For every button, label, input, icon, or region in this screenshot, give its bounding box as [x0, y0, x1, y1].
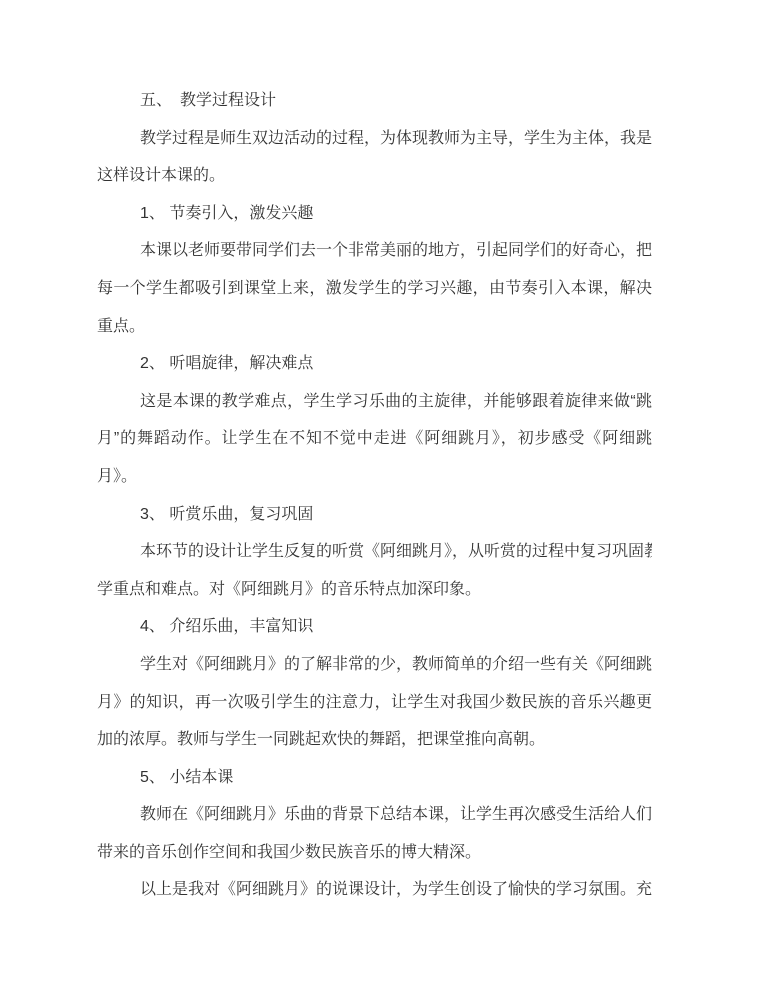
section-heading-line: 五、 教学过程设计	[97, 82, 652, 120]
body-paragraph-line: 学生对《阿细跳月》的了解非常的少，教师简单的介绍一些有关《阿细跳	[97, 646, 652, 684]
list-heading-line: 2、 听唱旋律，解决难点	[97, 345, 652, 383]
body-paragraph-line: 重点。	[97, 308, 652, 346]
body-paragraph-line: 这样设计本课的。	[97, 157, 652, 195]
list-heading-line: 3、 听赏乐曲，复习巩固	[97, 496, 652, 534]
body-paragraph-line: 月》的知识，再一次吸引学生的注意力，让学生对我国少数民族的音乐兴趣更	[97, 684, 652, 722]
body-paragraph-line: 每一个学生都吸引到课堂上来，激发学生的学习兴趣，由节奏引入本课，解决	[97, 270, 652, 308]
body-paragraph-line: 月”的舞蹈动作。让学生在不知不觉中走进《阿细跳月》，初步感受《阿细跳	[97, 420, 652, 458]
body-paragraph-line: 月》。	[97, 458, 652, 496]
document-body: 五、 教学过程设计教学过程是师生双边活动的过程，为体现教师为主导，学生为主体，我…	[97, 82, 652, 909]
body-paragraph-line: 本环节的设计让学生反复的听赏《阿细跳月》，从听赏的过程中复习巩固教	[97, 533, 652, 571]
body-paragraph-line: 加的浓厚。教师与学生一同跳起欢快的舞蹈，把课堂推向高朝。	[97, 721, 652, 759]
body-paragraph-line: 以上是我对《阿细跳月》的说课设计，为学生创设了愉快的学习氛围。充	[97, 871, 652, 909]
list-heading-line: 4、 介绍乐曲，丰富知识	[97, 608, 652, 646]
body-paragraph-line: 学重点和难点。对《阿细跳月》的音乐特点加深印象。	[97, 571, 652, 609]
body-paragraph-line: 教学过程是师生双边活动的过程，为体现教师为主导，学生为主体，我是	[97, 120, 652, 158]
body-paragraph-line: 教师在《阿细跳月》乐曲的背景下总结本课，让学生再次感受生活给人们	[97, 796, 652, 834]
body-paragraph-line: 这是本课的教学难点，学生学习乐曲的主旋律，并能够跟着旋律来做“跳	[97, 383, 652, 421]
document-page: 五、 教学过程设计教学过程是师生双边活动的过程，为体现教师为主导，学生为主体，我…	[0, 0, 770, 1000]
list-heading-line: 1、 节奏引入，激发兴趣	[97, 195, 652, 233]
list-heading-line: 5、 小结本课	[97, 759, 652, 797]
body-paragraph-line: 本课以老师要带同学们去一个非常美丽的地方，引起同学们的好奇心，把	[97, 232, 652, 270]
body-paragraph-line: 带来的音乐创作空间和我国少数民族音乐的博大精深。	[97, 834, 652, 872]
